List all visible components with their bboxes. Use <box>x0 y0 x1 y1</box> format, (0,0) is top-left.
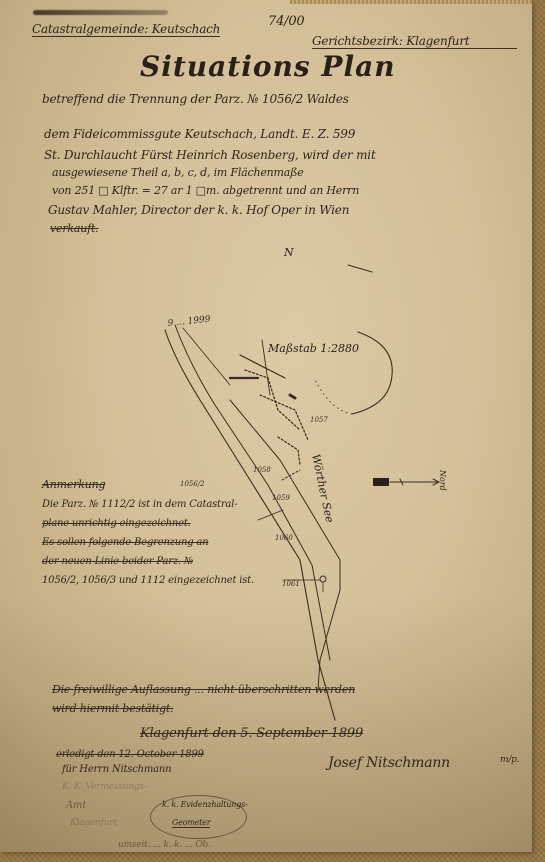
faint-stamp-line: Amt <box>66 800 86 811</box>
stamp-line: Geometer <box>172 818 210 828</box>
site-map-sketch: 9 ... 1999 Maßstab 1:2880 Wörther See No… <box>0 0 532 852</box>
faint-stamp-line: K. K. Vermessungs- <box>62 782 147 792</box>
remarks-line: 1056/2, 1056/3 und 1112 eingezeichnet is… <box>42 575 254 586</box>
parcel-number: 1058 <box>253 466 271 474</box>
parcel-number: 1059 <box>272 494 290 502</box>
registration-line: erledigt den 12. October 1899 <box>56 749 204 760</box>
registration-line: für Herrn Nitschmann <box>62 764 171 775</box>
parcel-number: 1060 <box>275 534 293 542</box>
closing-note-line: Die freiwillige Auflassung ... nicht übe… <box>52 683 355 696</box>
document-sheet: Catastralgemeinde: Keutschach 74/00 Geri… <box>0 0 532 852</box>
parcel-number: 1057 <box>310 416 328 424</box>
bottom-line: umseit. ... k. k. ... Ob. <box>118 840 211 850</box>
remarks-heading: Anmerkung <box>42 478 105 491</box>
remarks-line: Die Parz. № 1112/2 ist in dem Catastral- <box>42 499 237 510</box>
remarks-line: plane unrichtig eingezeichnet. <box>42 518 191 529</box>
stamp-line: k. k. Evidenzhaltungs- <box>162 800 248 809</box>
parcel-number: 1056/2 <box>180 480 205 488</box>
remarks-line: der neuen Linie beider Parz. № <box>42 556 193 567</box>
remarks-line: Es sollen folgende Begrenzung an <box>42 537 208 548</box>
place-date: Klagenfurt den 5. September 1899 <box>140 726 363 741</box>
signature-suffix: m/p. <box>500 755 519 765</box>
map-scale-label: Maßstab 1:2880 <box>267 342 359 355</box>
lake-label: Wörther See <box>309 453 336 524</box>
signature: Josef Nitschmann <box>328 755 450 771</box>
faint-stamp-line: Klagenfurt <box>70 818 117 828</box>
parcel-number: 1061 <box>282 580 300 588</box>
closing-note-line: wird hiermit bestätigt. <box>52 702 173 715</box>
map-top-label: 9 ... 1999 <box>167 315 211 329</box>
north-arrow-label: Nord <box>438 469 447 491</box>
